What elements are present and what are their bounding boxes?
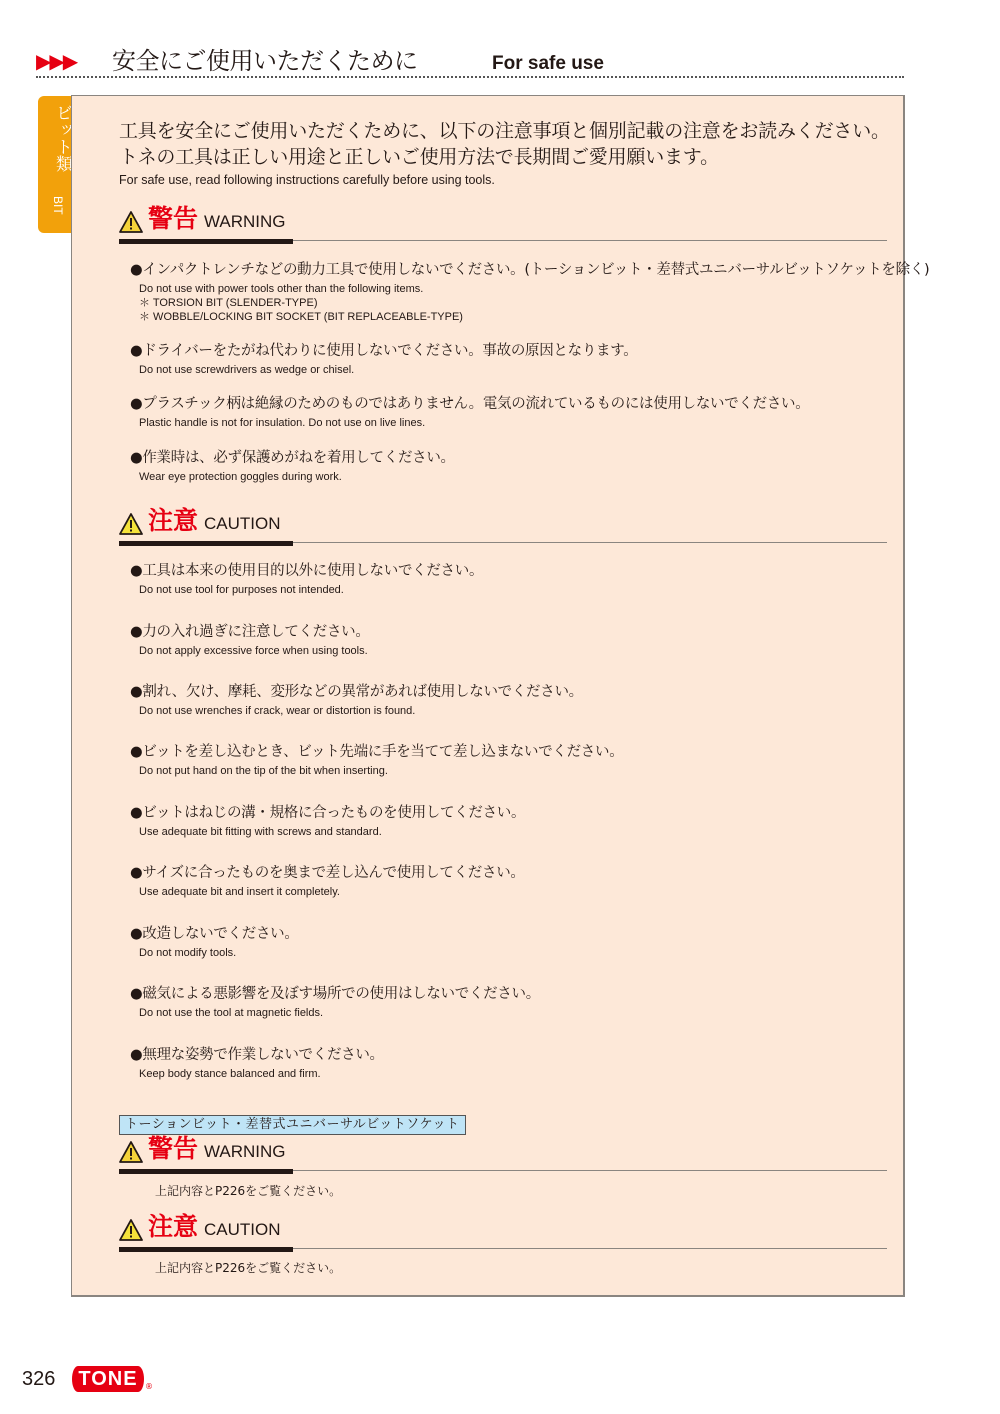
warning-triangle-icon: [119, 211, 143, 233]
page-reference: 上記内容とP226をご覧ください。: [155, 1183, 341, 1199]
warning-kanji: 警告: [148, 204, 198, 234]
item-text-en: Do not use tool for purposes not intende…: [139, 583, 890, 597]
special-caution-heading: 注意 CAUTION: [119, 1212, 887, 1252]
heading-rule: [119, 1169, 293, 1174]
page-reference: 上記内容とP226をご覧ください。: [155, 1260, 341, 1276]
item-text-ja: ●工具は本来の使用目的以外に使用しないでください。: [130, 561, 890, 581]
warning-item: ●ドライバーをたがね代わりに使用しないでください。事故の原因となります。 Do …: [130, 341, 890, 377]
warning-item: ●作業時は、必ず保護めがねを着用してください。 Wear eye protect…: [130, 448, 890, 484]
intro: 工具を安全にご使用いただくために、以下の注意事項と個別記載の注意をお読みください…: [119, 118, 899, 188]
warning-item: ●プラスチック柄は絶縁のためのものではありません。電気の流れているものには使用し…: [130, 394, 890, 430]
product-tag: トーションビット・差替式ユニバーサルビットソケット: [119, 1115, 466, 1135]
page-title-en: For safe use: [492, 52, 604, 76]
item-text-ja: ●力の入れ過ぎに注意してください。: [130, 622, 890, 642]
item-text-en: Do not modify tools.: [139, 946, 890, 960]
page-header: ▶▶▶ 安全にご使用いただくために For safe use: [36, 44, 904, 78]
item-text-en: Do not use wrenches if crack, wear or di…: [139, 704, 890, 718]
warning-heading: 警告 WARNING: [119, 204, 887, 244]
item-text-ja: ●ビットはねじの溝・規格に合ったものを使用してください。: [130, 803, 890, 823]
registered-mark: ®: [145, 1382, 153, 1391]
item-text-en: Keep body stance balanced and firm.: [139, 1067, 890, 1081]
category-tab[interactable]: ビット類 BIT: [38, 96, 72, 233]
item-subnote: ＊ WOBBLE/LOCKING BIT SOCKET (BIT REPLACE…: [139, 310, 890, 324]
item-text-ja: ●割れ、欠け、摩耗、変形などの異常があれば使用しないでください。: [130, 682, 890, 702]
item-text-en: Do not put hand on the tip of the bit wh…: [139, 764, 890, 778]
warning-kanji: 警告: [148, 1134, 198, 1164]
triple-arrow-icon: ▶▶▶: [36, 50, 76, 72]
category-tab-label-en: BIT: [45, 196, 65, 215]
page-number: 326: [22, 1367, 55, 1391]
tone-logo: TONE: [72, 1366, 144, 1392]
item-text-en: Do not use with power tools other than t…: [139, 282, 890, 296]
warning-label: WARNING: [204, 1142, 286, 1162]
caution-item: ●ビットを差し込むとき、ビット先端に手を当てて差し込まないでください。 Do n…: [130, 742, 890, 778]
item-text-ja: ●プラスチック柄は絶縁のためのものではありません。電気の流れているものには使用し…: [130, 394, 890, 414]
intro-text-ja: 工具を安全にご使用いただくために、以下の注意事項と個別記載の注意をお読みください…: [119, 118, 899, 170]
caution-item: ●サイズに合ったものを奥まで差し込んで使用してください。 Use adequat…: [130, 863, 890, 899]
caution-triangle-icon: [119, 1219, 143, 1241]
item-subnote: ＊ TORSION BIT (SLENDER-TYPE): [139, 296, 890, 310]
warning-label: WARNING: [204, 212, 286, 232]
heading-rule-thin: [293, 542, 887, 543]
heading-rule: [119, 541, 293, 546]
item-text-en: Use adequate bit fitting with screws and…: [139, 825, 890, 839]
page-title-ja: 安全にご使用いただくために: [112, 46, 418, 76]
caution-label: CAUTION: [204, 514, 281, 534]
intro-text-en: For safe use, read following instruction…: [119, 172, 899, 188]
warning-item: ●インパクトレンチなどの動力工具で使用しないでください。(トーションビット・差替…: [130, 260, 890, 324]
item-text-ja: ●改造しないでください。: [130, 924, 890, 944]
heading-rule: [119, 239, 293, 244]
item-text-ja: ●サイズに合ったものを奥まで差し込んで使用してください。: [130, 863, 890, 883]
caution-heading: 注意 CAUTION: [119, 506, 887, 546]
special-warning-heading: 警告 WARNING: [119, 1134, 887, 1174]
item-text-ja: ●インパクトレンチなどの動力工具で使用しないでください。(トーションビット・差替…: [130, 260, 890, 280]
item-text-ja: ●ドライバーをたがね代わりに使用しないでください。事故の原因となります。: [130, 341, 890, 361]
item-text-ja: ●磁気による悪影響を及ぼす場所での使用はしないでください。: [130, 984, 890, 1004]
caution-kanji: 注意: [148, 506, 198, 536]
caution-item: ●工具は本来の使用目的以外に使用しないでください。 Do not use too…: [130, 561, 890, 597]
caution-item: ●改造しないでください。 Do not modify tools.: [130, 924, 890, 960]
item-text-en: Do not use the tool at magnetic fields.: [139, 1006, 890, 1020]
caution-item: ●ビットはねじの溝・規格に合ったものを使用してください。 Use adequat…: [130, 803, 890, 839]
heading-rule: [119, 1247, 293, 1252]
item-text-en: Use adequate bit and insert it completel…: [139, 885, 890, 899]
caution-item: ●磁気による悪影響を及ぼす場所での使用はしないでください。 Do not use…: [130, 984, 890, 1020]
item-text-ja: ●無理な姿勢で作業しないでください。: [130, 1045, 890, 1065]
caution-item: ●力の入れ過ぎに注意してください。 Do not apply excessive…: [130, 622, 890, 658]
warning-triangle-icon: [119, 1141, 143, 1163]
caution-triangle-icon: [119, 513, 143, 535]
item-text-ja: ●作業時は、必ず保護めがねを着用してください。: [130, 448, 890, 468]
item-text-en: Do not apply excessive force when using …: [139, 644, 890, 658]
caution-kanji: 注意: [148, 1212, 198, 1242]
heading-rule-thin: [293, 240, 887, 241]
heading-rule-thin: [293, 1248, 887, 1249]
item-text-en: Do not use screwdrivers as wedge or chis…: [139, 363, 890, 377]
caution-item: ●割れ、欠け、摩耗、変形などの異常があれば使用しないでください。 Do not …: [130, 682, 890, 718]
caution-item: ●無理な姿勢で作業しないでください。 Keep body stance bala…: [130, 1045, 890, 1081]
item-text-ja: ●ビットを差し込むとき、ビット先端に手を当てて差し込まないでください。: [130, 742, 890, 762]
category-tab-label-ja: ビット類: [38, 104, 72, 172]
safety-panel: 工具を安全にご使用いただくために、以下の注意事項と個別記載の注意をお読みください…: [71, 95, 905, 1297]
item-text-en: Plastic handle is not for insulation. Do…: [139, 416, 890, 430]
caution-label: CAUTION: [204, 1220, 281, 1240]
heading-rule-thin: [293, 1170, 887, 1171]
item-text-en: Wear eye protection goggles during work.: [139, 470, 890, 484]
